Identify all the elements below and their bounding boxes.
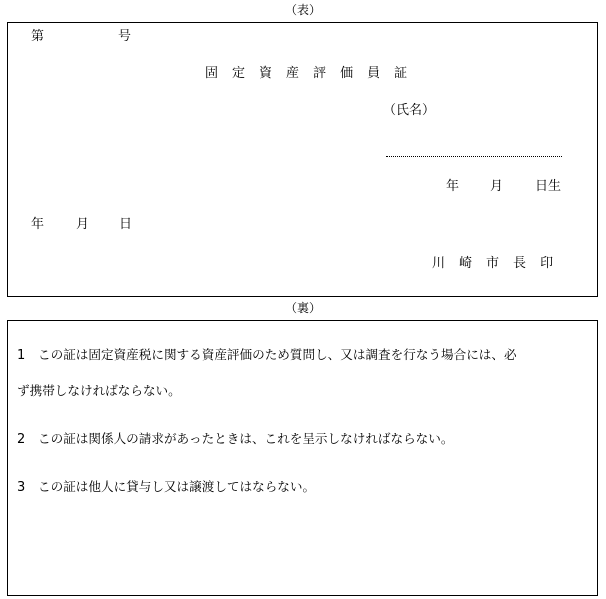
item-number: 1: [17, 349, 25, 362]
card-title: 固定資産評価員証: [205, 67, 407, 80]
name-signature-line: [386, 156, 562, 157]
issuer-char: 市: [486, 256, 513, 271]
title-char: 固: [205, 66, 232, 81]
title-char: 産: [286, 66, 313, 81]
title-char: 定: [232, 66, 259, 81]
title-char: 価: [340, 66, 367, 81]
birth-day: 日生: [535, 180, 561, 193]
item-text-continued: ず携帯しなければならない。: [17, 385, 181, 398]
birth-year: 年: [446, 180, 459, 193]
title-char: 資: [259, 66, 286, 81]
issuer-seal: 川崎市長印: [432, 257, 553, 270]
item-text: この証は関係人の請求があったときは、これを呈示しなければならない。: [38, 433, 453, 446]
issuer-char: 川: [432, 256, 459, 271]
title-char: 証: [394, 66, 407, 81]
item-number: 3: [17, 481, 25, 494]
issuer-char: 長: [513, 256, 540, 271]
issue-year: 年: [31, 218, 44, 231]
issue-day: 日: [119, 218, 132, 231]
number-suffix: 号: [118, 30, 131, 43]
item-text: この証は固定資産税に関する資産評価のため質問し、又は調査を行なう場合には、必: [38, 349, 517, 362]
name-label: （氏名）: [383, 104, 435, 117]
title-char: 評: [313, 66, 340, 81]
issuer-char: 印: [540, 256, 553, 271]
birth-month: 月: [490, 180, 503, 193]
back-caption: （裏）: [0, 302, 606, 314]
issuer-char: 崎: [459, 256, 486, 271]
number-prefix: 第: [31, 30, 44, 43]
front-caption: （表）: [0, 4, 606, 16]
item-number: 2: [17, 433, 25, 446]
item-text: この証は他人に貸与し又は譲渡してはならない。: [38, 481, 315, 494]
title-char: 員: [367, 66, 394, 81]
issue-month: 月: [76, 218, 89, 231]
